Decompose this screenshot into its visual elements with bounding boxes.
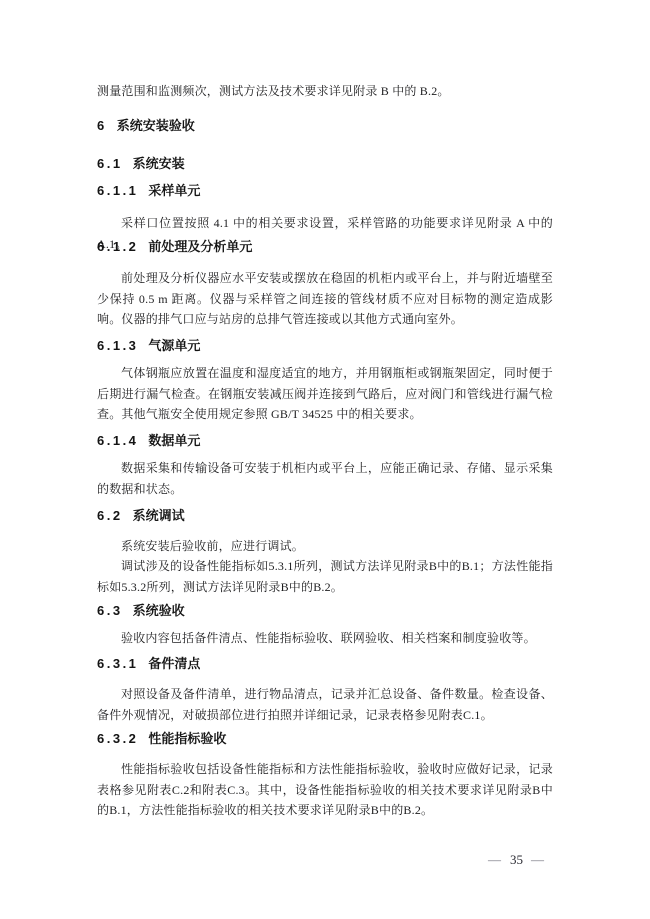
- paragraph-6-2-a: 系统安装后验收前，应进行调试。: [97, 536, 553, 557]
- section-title: 前处理及分析单元: [148, 239, 252, 254]
- section-title: 系统安装: [133, 156, 185, 171]
- section-number: 6.1: [97, 156, 123, 171]
- paragraph-6-3: 验收内容包括备件清点、性能指标验收、联网验收、相关档案和制度验收等。: [97, 628, 553, 649]
- paragraph-6-3-1: 对照设备及备件清单，进行物品清点，记录并汇总设备、备件数量。检查设备、备件外观情…: [97, 684, 553, 725]
- section-heading-6-2: 6.2系统调试: [97, 508, 553, 524]
- document-page: 测量范围和监测频次，测试方法及技术要求详见附录 B 中的 B.2。 6系统安装验…: [0, 0, 650, 919]
- paragraph-6-1-3: 气体钢瓶应放置在温度和湿度适宜的地方，并用钢瓶柜或钢瓶架固定，同时便于后期进行漏…: [97, 363, 553, 425]
- section-number: 6.1.1: [97, 183, 138, 198]
- paragraph-6-3-2: 性能指标验收包括设备性能指标和方法性能指标验收，验收时应做好记录，记录表格参见附…: [97, 759, 553, 821]
- section-heading-6: 6系统安装验收: [97, 118, 553, 134]
- section-heading-6-3-1: 6.3.1备件清点: [97, 656, 553, 672]
- section-heading-6-1-2: 6.1.2前处理及分析单元: [97, 239, 553, 255]
- section-number: 6.3.1: [97, 656, 138, 671]
- footer-dash-right: —: [531, 852, 545, 867]
- section-number: 6.1.2: [97, 239, 138, 254]
- paragraph-6-1-2: 前处理及分析仪器应水平安装或摆放在稳固的机柜内或平台上，并与附近墙壁至少保持 0…: [97, 268, 553, 330]
- section-number: 6.1.4: [97, 433, 138, 448]
- section-title: 性能指标验收: [148, 731, 226, 746]
- page-number: 35: [510, 852, 523, 867]
- paragraph-continuation: 测量范围和监测频次，测试方法及技术要求详见附录 B 中的 B.2。: [97, 81, 553, 102]
- paragraph-6-1-4: 数据采集和传输设备可安装于机柜内或平台上，应能正确记录、存储、显示采集的数据和状…: [97, 458, 553, 499]
- section-title: 系统调试: [133, 508, 185, 523]
- section-number: 6.3: [97, 603, 123, 618]
- section-number: 6.3.2: [97, 731, 138, 746]
- section-heading-6-1-3: 6.1.3气源单元: [97, 338, 553, 354]
- section-number: 6.1.3: [97, 338, 138, 353]
- section-title: 系统安装验收: [117, 118, 195, 133]
- section-heading-6-3: 6.3系统验收: [97, 603, 553, 619]
- footer-dash-left: —: [488, 852, 502, 867]
- section-title: 气源单元: [148, 338, 200, 353]
- section-heading-6-3-2: 6.3.2性能指标验收: [97, 731, 553, 747]
- section-heading-6-1: 6.1系统安装: [97, 156, 553, 172]
- page-footer: —35—: [480, 852, 553, 868]
- section-heading-6-1-1: 6.1.1采样单元: [97, 183, 553, 199]
- section-number: 6: [97, 118, 107, 133]
- section-number: 6.2: [97, 508, 123, 523]
- section-title: 采样单元: [148, 183, 200, 198]
- paragraph-6-2-b: 调试涉及的设备性能指标如5.3.1所列，测试方法详见附录B中的B.1；方法性能指…: [97, 556, 553, 597]
- section-title: 系统验收: [133, 603, 185, 618]
- section-title: 数据单元: [148, 433, 200, 448]
- section-heading-6-1-4: 6.1.4数据单元: [97, 433, 553, 449]
- section-title: 备件清点: [148, 656, 200, 671]
